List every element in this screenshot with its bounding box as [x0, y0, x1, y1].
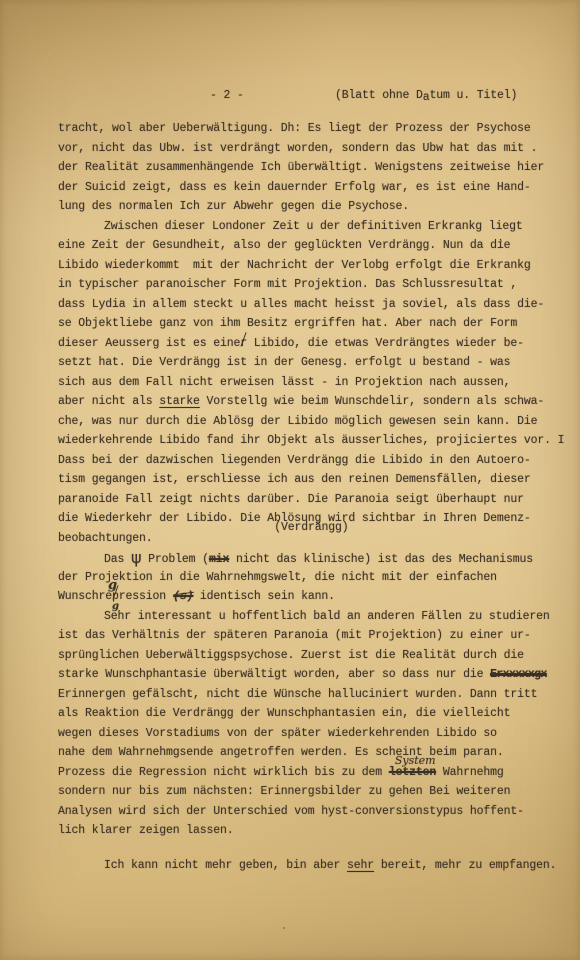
corrected-word: letztenSystem [389, 763, 436, 783]
text-line: wegen dieses Vorstadiums von der später … [58, 724, 558, 744]
text-line: dass Lydia in allem steckt u alles macht… [58, 295, 558, 315]
text-line-closing: Ich kann nicht mehr geben, bin aber sehr… [58, 856, 558, 876]
slash-corrected-letter: r [240, 334, 247, 354]
scanned-paper-sheet: - 2 - (Blatt ohne Datum u. Titel) tracht… [0, 0, 580, 960]
text-line: als Reaktion die Verdrängg der Wunschpha… [58, 704, 558, 724]
text-segment: ression [119, 590, 173, 603]
underlined-word: sehr [347, 859, 374, 872]
text-line: Libido wiederkommt mit der Nachricht der… [58, 256, 558, 276]
text-line: ist das Verhältnis der späteren Paranoia… [58, 626, 558, 646]
text-segment: Prozess die Regression nicht wirklich bi… [58, 766, 389, 779]
text-segment: wird sichtbar in Ihren Demenz- [321, 512, 530, 525]
text-segment: dieser Aeusserg ist es eine [58, 337, 240, 350]
text-line-paragraph-start: Das ψ Problem (mix nicht das klinische) … [58, 548, 558, 568]
text-line: Erinnergen gefälscht, nicht die Wünsche … [58, 685, 558, 705]
paper-speck [120, 690, 122, 692]
text-line: der Realität zusammenhängende Ich überwä… [58, 158, 558, 178]
text-line: sich aus dem Fall nicht erweisen lässt -… [58, 373, 558, 393]
psi-symbol: ψ [131, 548, 141, 568]
text-line-paragraph-start: Sehr interessant u hoffentlich bald an a… [58, 607, 558, 627]
text-segment: bereit, mehr zu empfangen. [374, 859, 556, 872]
text-segment: Vorstellg wie beim Wunschdelir, sondern … [200, 395, 544, 408]
lowered-letter: a [423, 91, 430, 104]
text-segment: Wahrnehmg [436, 766, 504, 779]
text-line: sondern nur bis zum nächsten: Erinnergsb… [58, 782, 558, 802]
text-line: lung des normalen Ich zur Abwehr gegen d… [58, 197, 558, 217]
text-line: Prozess die Regression nicht wirklich bi… [58, 763, 558, 783]
paper-speck [500, 240, 502, 242]
strikethrough-word: mix [209, 553, 229, 566]
text-line: tism gegangen ist, erschliesse ich aus d… [58, 470, 558, 490]
text-segment: Das [104, 553, 131, 566]
overstruck-typo-word: Erxxxxxgx [490, 668, 547, 681]
corrected-word: Ablösung(Verdrängg) [267, 509, 321, 529]
handwritten-correction-above: g [108, 576, 117, 596]
text-line: Dass bei der dazwischen liegenden Verdrä… [58, 451, 558, 471]
text-segment: identisch sein kann. [193, 590, 335, 603]
paper-speck [283, 927, 285, 929]
overtyped-letter: pgg [112, 587, 119, 607]
text-segment: die Wiederkehr der Libido. Die [58, 512, 267, 525]
text-line: Analysen wird sich der Unterschied vom h… [58, 802, 558, 822]
text-line: eine Zeit der Gesundheit, also der geglü… [58, 236, 558, 256]
text-line-paragraph-start: Zwischen dieser Londoner Zeit u der defi… [58, 217, 558, 237]
text-line: che, was nur durch die Ablösg der Libido… [58, 412, 558, 432]
text-line: der Projektion in die Wahrnehmgswelt, di… [58, 568, 558, 588]
text-segment: Libido, die etwas Verdrängtes wieder be- [247, 337, 524, 350]
text-line: setzt hat. Die Verdrängg ist in der Gene… [58, 353, 558, 373]
text-line: wiederkehrende Libido fand ihr Objekt al… [58, 431, 558, 451]
text-line: die Wiederkehr der Libido. Die Ablösung(… [58, 509, 558, 529]
document-body: tracht, wol aber Ueberwältigung. Dh: Es … [58, 119, 558, 875]
sheet-title-note: (Blatt ohne Datum u. Titel) [335, 89, 517, 102]
text-segment: starke Wunschphantasie überwältigt worde… [58, 668, 490, 681]
sheet-title-note-text: (Blatt ohne D [335, 89, 423, 102]
page-number: - 2 - [210, 89, 244, 102]
text-segment: Ich kann nicht mehr geben, bin aber [104, 859, 347, 872]
text-line: beobachtungen. [58, 529, 558, 549]
text-line: aber nicht als starke Vorstellg wie beim… [58, 392, 558, 412]
text-line: vor, nicht das Ubw. ist verdrängt worden… [58, 139, 558, 159]
text-line: starke Wunschphantasie überwältigt worde… [58, 665, 558, 685]
text-line: sprünglichen Ueberwältiggspsychose. Zuer… [58, 646, 558, 666]
underlined-word: starke [159, 395, 200, 408]
page-header: - 2 - (Blatt ohne Datum u. Titel) [58, 89, 580, 105]
text-line: paranoide Fall zeigt nichts darüber. Die… [58, 490, 558, 510]
text-line: in typischer paranoischer Form mit Proje… [58, 275, 558, 295]
sheet-title-note-text: tum u. Titel) [430, 89, 518, 102]
text-line: nahe dem Wahrnehmgsende angetroffen werd… [58, 743, 558, 763]
text-segment: Wunschre [58, 590, 112, 603]
text-segment: aber nicht als [58, 395, 159, 408]
text-line: lich klarer zeigen lassen. [58, 821, 558, 841]
text-line: der Suicid zeigt, dass es kein dauernder… [58, 178, 558, 198]
text-line: se Objektliebe ganz von ihm Besitz ergri… [58, 314, 558, 334]
text-line: tracht, wol aber Ueberwältigung. Dh: Es … [58, 119, 558, 139]
text-line: Wunschrepggression (s) identisch sein ka… [58, 587, 558, 607]
text-line: dieser Aeusserg ist es einer Libido, die… [58, 334, 558, 354]
scribbled-out-word: (s) [171, 587, 195, 607]
text-segment: Problem ( [141, 553, 209, 566]
handwritten-insertion: System [395, 751, 436, 771]
text-segment: nicht das klinische) ist das des Mechani… [229, 553, 533, 566]
